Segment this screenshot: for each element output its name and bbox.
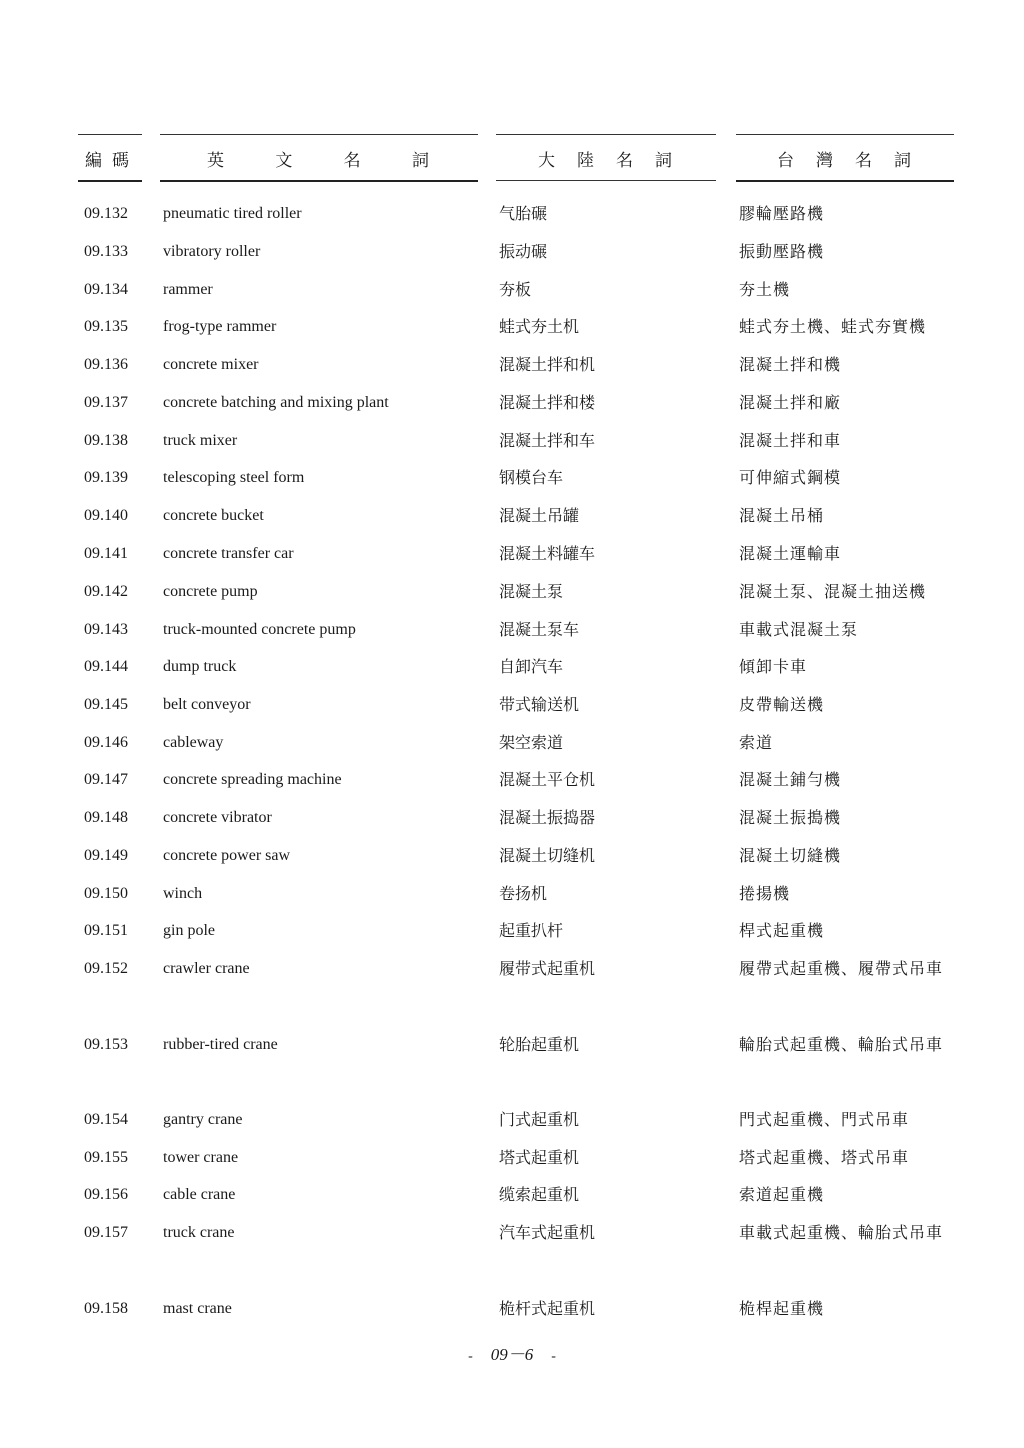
header-top-rule-taiwan <box>736 134 954 135</box>
header-top-rule-code <box>78 134 142 135</box>
header-char: 灣 <box>816 146 833 171</box>
mainland-term: 门式起重机 <box>499 1105 579 1135</box>
header-char: 詞 <box>412 146 429 171</box>
taiwan-term: 混凝土運輸車 <box>739 539 955 569</box>
header-char: 編 <box>85 146 102 171</box>
mainland-term: 起重扒杆 <box>499 916 563 946</box>
english-term: frog-type rammer <box>163 312 276 342</box>
term-code: 09.140 <box>84 501 128 531</box>
term-code: 09.138 <box>84 426 128 456</box>
mainland-term: 塔式起重机 <box>499 1143 579 1173</box>
header-char: 名 <box>344 146 361 171</box>
mainland-term: 桅杆式起重机 <box>499 1294 595 1324</box>
footer-dash-right: - <box>551 1349 556 1364</box>
term-code: 09.145 <box>84 690 128 720</box>
header-char: 大 <box>538 146 555 171</box>
term-code: 09.143 <box>84 615 128 645</box>
header-char: 詞 <box>894 146 911 171</box>
header-taiwan-term: 台 灣 名 詞 <box>777 145 911 171</box>
header-char: 詞 <box>655 146 672 171</box>
mainland-term: 混凝土拌和楼 <box>499 388 595 418</box>
term-code: 09.155 <box>84 1143 128 1173</box>
english-term: concrete batching and mixing plant <box>163 388 389 418</box>
term-code: 09.158 <box>84 1294 128 1324</box>
english-term: pneumatic tired roller <box>163 199 302 229</box>
header-code: 編 碼 <box>85 145 129 171</box>
taiwan-term: 混凝土切縫機 <box>739 841 955 871</box>
taiwan-term: 皮帶輸送機 <box>739 690 955 720</box>
mainland-term: 混凝土振捣器 <box>499 803 595 833</box>
header-top-rule-mainland <box>496 134 716 135</box>
mainland-term: 混凝土料罐车 <box>499 539 595 569</box>
term-code: 09.157 <box>84 1218 128 1248</box>
mainland-term: 轮胎起重机 <box>499 1030 579 1060</box>
english-term: cableway <box>163 728 223 758</box>
header-char: 陸 <box>577 146 594 171</box>
header-top-rule-english <box>160 134 478 135</box>
mainland-term: 混凝土吊罐 <box>499 501 579 531</box>
english-term: gantry crane <box>163 1105 243 1135</box>
header-char: 碼 <box>112 146 129 171</box>
term-code: 09.132 <box>84 199 128 229</box>
taiwan-term: 混凝土拌和車 <box>739 426 955 456</box>
taiwan-term: 捲揚機 <box>739 879 955 909</box>
page-number-text: 09－6 <box>491 1345 534 1364</box>
english-term: telescoping steel form <box>163 463 304 493</box>
taiwan-term: 夯土機 <box>739 275 955 305</box>
taiwan-term: 蛙式夯土機、蛙式夯實機 <box>739 312 955 342</box>
term-code: 09.156 <box>84 1180 128 1210</box>
english-term: concrete spreading machine <box>163 765 342 795</box>
mainland-term: 履带式起重机 <box>499 954 595 984</box>
english-term: concrete transfer car <box>163 539 294 569</box>
document-page: 編 碼 英 文 名 詞 大 陸 名 詞 台 灣 名 詞 09.132pneuma… <box>0 0 1024 1448</box>
mainland-term: 混凝土切缝机 <box>499 841 595 871</box>
mainland-term: 混凝土平仓机 <box>499 765 595 795</box>
mainland-term: 汽车式起重机 <box>499 1218 595 1248</box>
mainland-term: 混凝土拌和机 <box>499 350 595 380</box>
mainland-term: 夯板 <box>499 275 531 305</box>
taiwan-term: 可伸縮式鋼模 <box>739 463 955 493</box>
english-term: belt conveyor <box>163 690 251 720</box>
taiwan-term: 塔式起重機、塔式吊車 <box>739 1143 955 1173</box>
english-term: concrete mixer <box>163 350 259 380</box>
term-code: 09.139 <box>84 463 128 493</box>
header-char: 英 <box>207 146 224 171</box>
header-char: 名 <box>855 146 872 171</box>
page-number: -09－6- <box>0 1340 1024 1365</box>
term-code: 09.150 <box>84 879 128 909</box>
taiwan-term: 索道 <box>739 728 955 758</box>
mainland-term: 蛙式夯土机 <box>499 312 579 342</box>
taiwan-term: 車載式混凝土泵 <box>739 615 955 645</box>
header-char: 名 <box>616 146 633 171</box>
taiwan-term: 振動壓路機 <box>739 237 955 267</box>
mainland-term: 架空索道 <box>499 728 563 758</box>
term-code: 09.134 <box>84 275 128 305</box>
taiwan-term: 門式起重機、門式吊車 <box>739 1105 955 1135</box>
footer-dash-left: - <box>468 1349 473 1364</box>
mainland-term: 气胎碾 <box>499 199 547 229</box>
header-char: 台 <box>777 146 794 171</box>
header-char: 文 <box>275 146 292 171</box>
mainland-term: 混凝土拌和车 <box>499 426 595 456</box>
english-term: concrete pump <box>163 577 258 607</box>
mainland-term: 钢模台车 <box>499 463 563 493</box>
header-bottom-rule-taiwan <box>736 180 954 182</box>
term-code: 09.153 <box>84 1030 128 1060</box>
taiwan-term: 混凝土吊桶 <box>739 501 955 531</box>
taiwan-term: 混凝土拌和機 <box>739 350 955 380</box>
term-code: 09.137 <box>84 388 128 418</box>
english-term: rubber-tired crane <box>163 1030 278 1060</box>
mainland-term: 缆索起重机 <box>499 1180 579 1210</box>
taiwan-term: 傾卸卡車 <box>739 652 955 682</box>
term-code: 09.149 <box>84 841 128 871</box>
mainland-term: 自卸汽车 <box>499 652 563 682</box>
header-bottom-rule-code <box>78 180 142 182</box>
term-code: 09.151 <box>84 916 128 946</box>
term-code: 09.146 <box>84 728 128 758</box>
taiwan-term: 履帶式起重機、履帶式吊車 <box>739 954 955 984</box>
taiwan-term: 桿式起重機 <box>739 916 955 946</box>
term-code: 09.144 <box>84 652 128 682</box>
english-term: rammer <box>163 275 213 305</box>
term-code: 09.154 <box>84 1105 128 1135</box>
english-term: gin pole <box>163 916 215 946</box>
term-code: 09.135 <box>84 312 128 342</box>
taiwan-term: 混凝土振搗機 <box>739 803 955 833</box>
term-code: 09.133 <box>84 237 128 267</box>
term-code: 09.148 <box>84 803 128 833</box>
header-bottom-rule-mainland <box>496 180 716 181</box>
taiwan-term: 混凝土鋪勻機 <box>739 765 955 795</box>
mainland-term: 带式输送机 <box>499 690 579 720</box>
taiwan-term: 輪胎式起重機、輪胎式吊車 <box>739 1030 955 1060</box>
term-code: 09.136 <box>84 350 128 380</box>
term-code: 09.147 <box>84 765 128 795</box>
term-code: 09.152 <box>84 954 128 984</box>
term-code: 09.142 <box>84 577 128 607</box>
english-term: vibratory roller <box>163 237 260 267</box>
english-term: mast crane <box>163 1294 232 1324</box>
english-term: truck crane <box>163 1218 235 1248</box>
taiwan-term: 混凝土拌和廠 <box>739 388 955 418</box>
taiwan-term: 索道起重機 <box>739 1180 955 1210</box>
mainland-term: 混凝土泵 <box>499 577 563 607</box>
header-english-term: 英 文 名 詞 <box>207 145 429 171</box>
english-term: truck-mounted concrete pump <box>163 615 356 645</box>
english-term: concrete bucket <box>163 501 264 531</box>
english-term: concrete vibrator <box>163 803 272 833</box>
mainland-term: 卷扬机 <box>499 879 547 909</box>
english-term: winch <box>163 879 202 909</box>
mainland-term: 混凝土泵车 <box>499 615 579 645</box>
header-bottom-rule-english <box>160 180 478 182</box>
english-term: truck mixer <box>163 426 237 456</box>
taiwan-term: 膠輪壓路機 <box>739 199 955 229</box>
taiwan-term: 桅桿起重機 <box>739 1294 955 1324</box>
mainland-term: 振动碾 <box>499 237 547 267</box>
english-term: concrete power saw <box>163 841 290 871</box>
header-mainland-term: 大 陸 名 詞 <box>538 145 672 171</box>
term-code: 09.141 <box>84 539 128 569</box>
english-term: crawler crane <box>163 954 250 984</box>
taiwan-term: 車載式起重機、輪胎式吊車 <box>739 1218 955 1248</box>
english-term: cable crane <box>163 1180 235 1210</box>
taiwan-term: 混凝土泵、混凝土抽送機 <box>739 577 955 607</box>
english-term: dump truck <box>163 652 236 682</box>
english-term: tower crane <box>163 1143 238 1173</box>
